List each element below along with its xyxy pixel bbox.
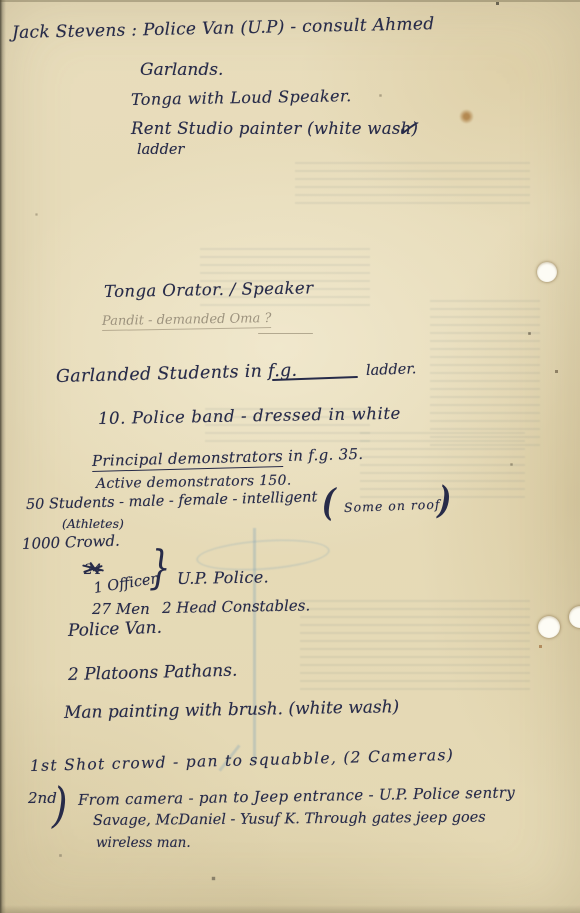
note-man-painting: Man painting with brush. (white wash) (64, 698, 400, 723)
pencil-underline-tail (258, 333, 313, 334)
note-shot2-line2: Savage, McDaniel - Yusuf K. Through gate… (93, 811, 486, 830)
page-left-edge-shadow (0, 0, 6, 913)
big-paren-close: ) (437, 482, 452, 521)
note-shot2: From camera - pan to Jeep entrance - U.P… (78, 784, 515, 808)
note-tonga-speaker: Tonga with Loud Speaker. (131, 87, 352, 108)
checkmark-icon: ✓ (394, 114, 420, 143)
note-active-demonstrators: Active demonstrators 150. (96, 474, 292, 493)
note-principal-rest: in f.g. 35. (283, 445, 364, 465)
note-athletes: (Athletes) (62, 517, 124, 531)
note-head-constables: 2 Head Constables. (162, 597, 310, 616)
note-ladder-top: ladder (137, 143, 184, 159)
page-top-edge-shadow (0, 0, 580, 2)
note-principal-demonstrators: Principal demonstrators (92, 447, 284, 472)
note-shot1: 1st Shot crowd - pan to squabble, (2 Cam… (30, 747, 455, 775)
note-pencil: Pandit - demanded Oma ? (102, 311, 272, 331)
note-police-van: Police Van. (68, 619, 163, 641)
punch-hole (538, 616, 560, 638)
brace-mark: } (149, 545, 171, 591)
note-ladder-mid: ladder. (366, 362, 417, 380)
note-painter: Rent Studio painter (white wash) (131, 120, 418, 138)
bleed-through-patch (300, 600, 530, 695)
bleed-through-patch (430, 300, 540, 450)
note-shot2-line3: wireless man. (96, 836, 191, 851)
note-crowd: 1000 Crowd. (22, 533, 120, 553)
page-bottom-edge-shadow (0, 905, 580, 913)
ink-specks (0, 0, 1, 1)
note-students: 50 Students - male - female - intelligen… (26, 490, 318, 514)
note-men: 27 Men (92, 601, 150, 618)
note-garlands: Garlands. (140, 61, 223, 80)
shot2-big-paren: ) (52, 782, 68, 830)
crossed-out-number: 24 (84, 559, 102, 578)
note-garlanded-students: Garlanded Students in f.g. (56, 362, 298, 388)
note-platoons: 2 Platoons Pathans. (68, 662, 238, 685)
note-some-on-roof: Some on roof (344, 498, 441, 515)
note-header: Jack Stevens : Police Van (U.P) - consul… (12, 15, 435, 43)
punch-hole (569, 606, 580, 628)
fox-stain (459, 109, 474, 124)
note-up-police: U.P. Police. (177, 568, 269, 587)
bleed-through-patch (295, 162, 530, 204)
big-paren-open: ( (321, 484, 336, 523)
punch-hole (537, 262, 557, 282)
note-tonga-orator: Tonga Orator. / Speaker (104, 279, 314, 301)
scanned-page: Jack Stevens : Police Van (U.P) - consul… (0, 0, 580, 913)
